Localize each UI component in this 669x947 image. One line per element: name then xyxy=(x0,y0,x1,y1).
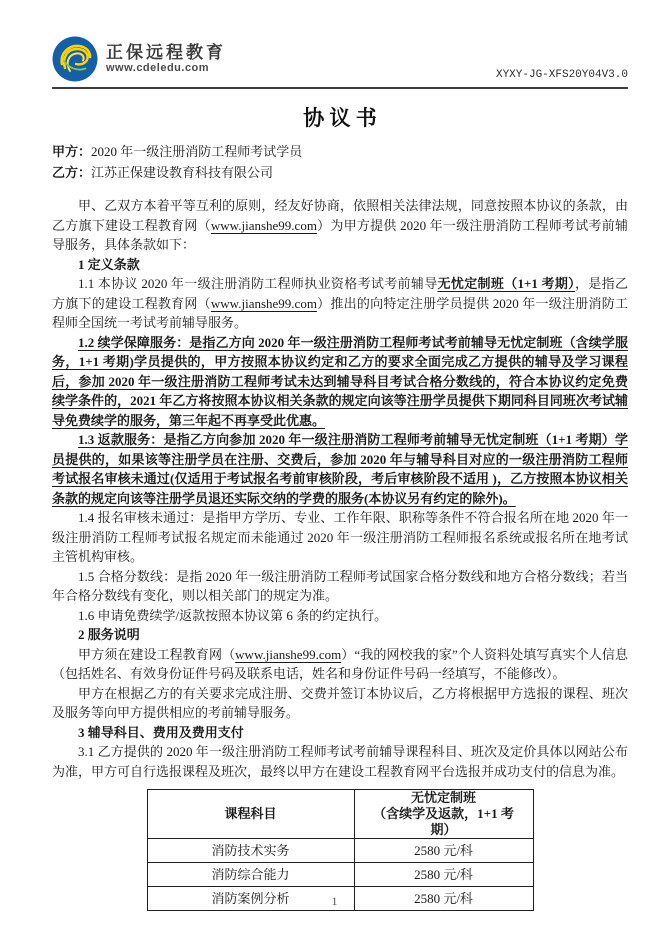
clause-1-5: 1.5 合格分数线：是指 2020 年一级注册消防工程师考试国家合格分数线和地方… xyxy=(52,567,628,606)
price-table-subject-header: 课程科目 xyxy=(147,790,354,839)
table-row: 消防技术实务 2580 元/科 xyxy=(147,839,533,863)
price-cell: 2580 元/科 xyxy=(354,863,533,887)
party-a-value: 2020 年一级注册消防工程师考试学员 xyxy=(91,144,302,159)
clause-1-6: 1.6 申请免费续学/返款按照本协议第 6 条的约定执行。 xyxy=(52,606,628,626)
section-1-heading: 1 定义条款 xyxy=(52,255,628,275)
party-b-row: 乙方：江苏正保建设教育科技有限公司 xyxy=(52,162,628,183)
jianshe99-link: www.jianshe99.com xyxy=(235,647,341,662)
price-table-header-row: 课程科目 无忧定制班 （含续学及返款，1+1 考期） xyxy=(147,790,533,839)
price-table: 课程科目 无忧定制班 （含续学及返款，1+1 考期） 消防技术实务 2580 元… xyxy=(147,789,534,911)
page-number: 1 xyxy=(0,894,669,909)
brand-website: www.cdeledu.com xyxy=(106,62,226,75)
clause-1-4: 1.4 报名审核未通过：是指甲方学历、专业、工作年限、职称等条件不符合报名所在地… xyxy=(52,508,628,567)
jianshe99-link: www.jianshe99.com xyxy=(211,296,317,311)
price-table-class-header: 无忧定制班 （含续学及返款，1+1 考期） xyxy=(354,790,533,839)
price-cell: 2580 元/科 xyxy=(354,839,533,863)
clause-1-2: 1.2 续学保障服务：是指乙方向 2020 年一级注册消防工程师考试考前辅导无忧… xyxy=(52,333,628,431)
brand-logo: 正保远程教育 www.cdeledu.com xyxy=(52,36,226,82)
clause-1-3: 1.3 返款服务：是指乙方向参加 2020 年一级注册消防工程师考前辅导无忧定制… xyxy=(52,430,628,508)
plan-name-emphasis: 无忧定制班（1+1 考期） xyxy=(438,276,575,291)
document-body: 甲、乙双方本着平等互利的原则，经友好协商，依照相关法律法规，同意按照本协议的条款… xyxy=(52,196,628,911)
brand-name: 正保远程教育 xyxy=(106,43,226,63)
party-b-value: 江苏正保建设教育科技有限公司 xyxy=(91,165,273,180)
party-a-label: 甲方： xyxy=(52,144,91,159)
table-row: 消防综合能力 2580 元/科 xyxy=(147,863,533,887)
clause-3-1: 3.1 乙方提供的 2020 年一级注册消防工程师考试考前辅导课程科目、班次及定… xyxy=(52,742,628,781)
document-title: 协 议 书 xyxy=(52,102,628,132)
party-b-label: 乙方： xyxy=(52,165,91,180)
section-3-heading: 3 辅导科目、费用及费用支付 xyxy=(52,723,628,743)
brand-text-block: 正保远程教育 www.cdeledu.com xyxy=(106,43,226,75)
page-header: 正保远程教育 www.cdeledu.com XYXY-JG-XFS20Y04V… xyxy=(52,36,628,89)
jianshe99-link: www.jianshe99.com xyxy=(211,218,317,233)
section-2-heading: 2 服务说明 xyxy=(52,625,628,645)
subject-cell: 消防综合能力 xyxy=(147,863,354,887)
clause-1-1: 1.1 本协议 2020 年一级注册消防工程师执业资格考试考前辅导无忧定制班（1… xyxy=(52,274,628,333)
party-a-row: 甲方：2020 年一级注册消防工程师考试学员 xyxy=(52,141,628,162)
section-2-paragraph-1: 甲方须在建设工程教育网（www.jianshe99.com）“我的网校我的家”个… xyxy=(52,645,628,684)
intro-paragraph: 甲、乙双方本着平等互利的原则，经友好协商，依照相关法律法规，同意按照本协议的条款… xyxy=(52,196,628,255)
section-2-paragraph-2: 甲方在根据乙方的有关要求完成注册、交费并签订本协议后，乙方将根据甲方选报的课程、… xyxy=(52,684,628,723)
document-code: XYXY-JG-XFS20Y04V3.0 xyxy=(496,69,628,82)
cdeledu-swirl-icon xyxy=(52,36,98,82)
subject-cell: 消防技术实务 xyxy=(147,839,354,863)
document-page: 正保远程教育 www.cdeledu.com XYXY-JG-XFS20Y04V… xyxy=(0,0,669,947)
